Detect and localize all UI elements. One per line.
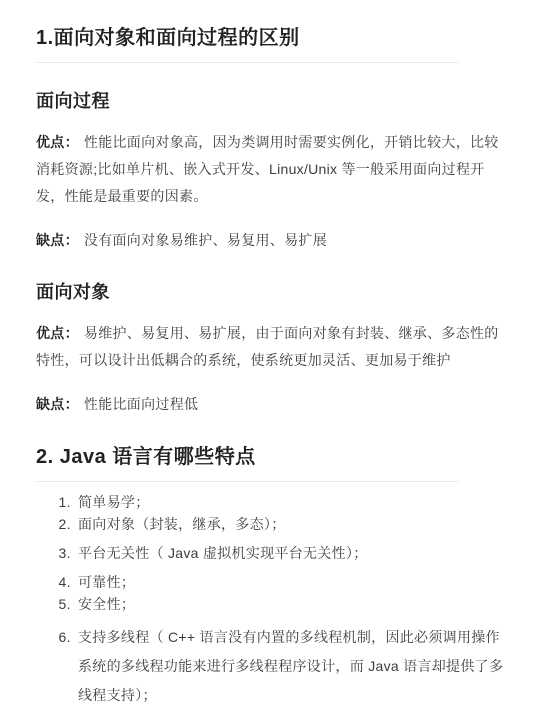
object-oriented-cons-paragraph: 缺点：性能比面向过程低 — [36, 391, 505, 418]
section-2-heading: 2. Java 语言有哪些特点 — [36, 445, 505, 469]
list-item: 平台无关性（ Java 虚拟机实现平台无关性）； — [75, 543, 505, 564]
procedural-pros-label: 优点： — [36, 134, 79, 150]
object-oriented-pros-label: 优点： — [36, 325, 79, 341]
object-oriented-pros-text: 易维护、易复用、易扩展，由于面向对象有封装、继承、多态性的特性，可以设计出低耦合… — [36, 325, 499, 368]
procedural-cons-paragraph: 缺点：没有面向对象易维护、易复用、易扩展 — [36, 227, 505, 254]
subsection-object-oriented: 面向对象 优点：易维护、易复用、易扩展，由于面向对象有封装、继承、多态性的特性，… — [36, 281, 505, 418]
procedural-pros-text: 性能比面向对象高，因为类调用时需要实例化，开销比较大，比较消耗资源;比如单片机、… — [36, 134, 499, 204]
document-page: 1.面向对象和面向过程的区别 面向过程 优点：性能比面向对象高，因为类调用时需要… — [0, 0, 535, 702]
list-item: 面向对象（封装，继承，多态）； — [75, 514, 505, 535]
procedural-cons-label: 缺点： — [36, 232, 79, 248]
object-oriented-cons-label: 缺点： — [36, 396, 79, 412]
list-item: 可靠性； — [75, 572, 505, 593]
object-oriented-cons-text: 性能比面向过程低 — [84, 396, 198, 412]
section-1-heading: 1.面向对象和面向过程的区别 — [36, 26, 505, 50]
object-oriented-pros-paragraph: 优点：易维护、易复用、易扩展，由于面向对象有封装、继承、多态性的特性，可以设计出… — [36, 320, 505, 374]
procedural-cons-text: 没有面向对象易维护、易复用、易扩展 — [84, 232, 327, 248]
list-item: 安全性； — [75, 594, 505, 615]
object-oriented-title: 面向对象 — [36, 281, 505, 303]
java-features-list: 简单易学； 面向对象（封装，继承，多态）； 平台无关性（ Java 虚拟机实现平… — [36, 492, 505, 702]
list-item: 简单易学； — [75, 492, 505, 513]
subsection-procedural: 面向过程 优点：性能比面向对象高，因为类调用时需要实例化，开销比较大，比较消耗资… — [36, 90, 505, 254]
procedural-pros-paragraph: 优点：性能比面向对象高，因为类调用时需要实例化，开销比较大，比较消耗资源;比如单… — [36, 129, 505, 210]
procedural-title: 面向过程 — [36, 90, 505, 112]
section-1-divider — [36, 62, 459, 63]
list-item: 支持多线程（ C++ 语言没有内置的多线程机制，因此必须调用操作系统的多线程功能… — [75, 623, 505, 702]
section-2-divider — [36, 481, 459, 482]
